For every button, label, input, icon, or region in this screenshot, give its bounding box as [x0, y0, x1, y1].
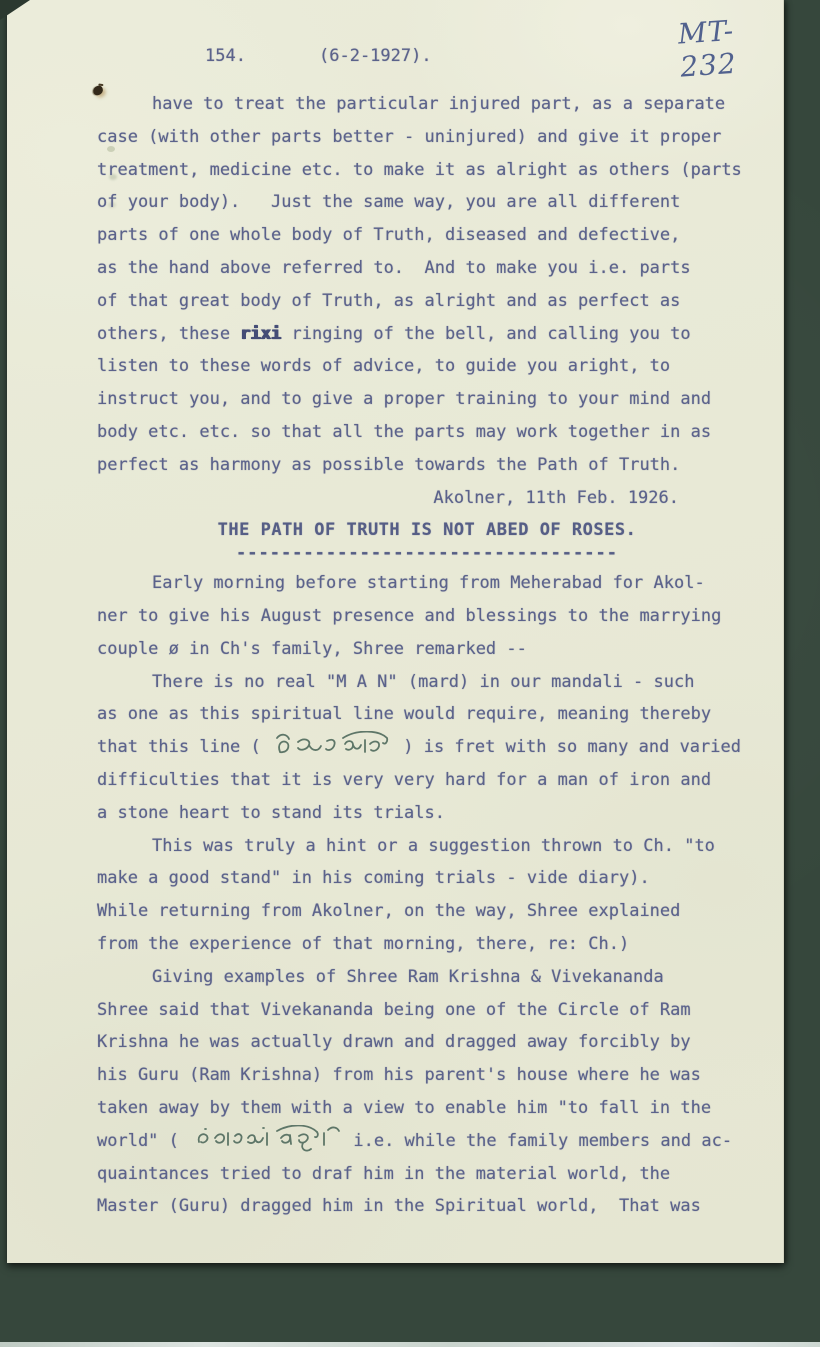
paragraph-2: Early morning before starting from Meher… — [97, 567, 757, 665]
dateline: Akolner, 11th Feb. 1926. — [97, 482, 757, 515]
paragraph-1: have to treat the particular injured par… — [97, 88, 757, 482]
strike-line-post: ringing of the bell, and calling you to — [281, 324, 690, 344]
typewritten-line: make a good stand" in his coming trials … — [97, 862, 757, 895]
paragraph-3-lines-b: difficulties that it is very very hard f… — [97, 764, 757, 830]
gujarati-line-post: ) is fret with so many and varied — [393, 737, 741, 757]
paragraph-4: This was truly a hint or a suggestion th… — [97, 830, 757, 961]
strike-line-pre: others, these — [97, 324, 240, 344]
typewritten-line: Giving examples of Shree Ram Krishna & V… — [97, 961, 757, 994]
typewritten-line: ner to give his August presence and bles… — [97, 600, 757, 633]
typewritten-line: as one as this spiritual line would requ… — [97, 698, 757, 731]
overstruck-word: rixi — [240, 324, 281, 344]
paragraph-5: Giving examples of Shree Ram Krishna & V… — [97, 961, 757, 1223]
typewritten-line-with-strikeout: others, these rixi ringing of the bell, … — [97, 318, 757, 351]
typewritten-line: This was truly a hint or a suggestion th… — [97, 830, 757, 863]
typewritten-line: parts of one whole body of Truth, diseas… — [97, 219, 757, 252]
typewritten-line: a stone heart to stand its trials. — [97, 797, 757, 830]
gujarati-handwriting-sansarma-padyo — [191, 1125, 341, 1155]
typewritten-line: his Guru (Ram Krishna) from his parent's… — [97, 1059, 757, 1092]
paragraph-3-lines-a: There is no real "M A N" (mard) in our m… — [97, 666, 757, 732]
gujarati-line-post: i.e. while the family members and ac- — [343, 1131, 732, 1151]
typewritten-line-with-gujarati: world" ( i.e. while the family members a… — [97, 1125, 757, 1158]
typewritten-line: body etc. etc. so that all the parts may… — [97, 416, 757, 449]
date-heading: (6-2-1927). — [319, 46, 432, 66]
typewritten-line: of your body). Just the same way, you ar… — [97, 186, 757, 219]
typewritten-line-with-gujarati: that this line ( ) is fret with so many … — [97, 731, 757, 764]
gujarati-line-pre: that this line ( — [97, 737, 271, 757]
typewritten-line: taken away by them with a view to enable… — [97, 1092, 757, 1125]
scanned-page: MT-232 154. (6-2-1927). have to treat th… — [7, 0, 784, 1263]
paragraph-1-lines-b: listen to these words of advice, to guid… — [97, 350, 757, 481]
typewritten-line: There is no real "M A N" (mard) in our m… — [97, 666, 757, 699]
page-number: 154. — [205, 46, 246, 66]
typewritten-line: listen to these words of advice, to guid… — [97, 350, 757, 383]
typewritten-line: Shree said that Vivekananda being one of… — [97, 994, 757, 1027]
typewritten-line: perfect as harmony as possible towards t… — [97, 449, 757, 482]
typewritten-body: have to treat the particular injured par… — [97, 88, 757, 1223]
gujarati-handwriting-ishwar-marg — [273, 731, 391, 761]
typewritten-line: instruct you, and to give a proper train… — [97, 383, 757, 416]
typewritten-line: Krishna he was actually drawn and dragge… — [97, 1026, 757, 1059]
typewritten-line: quaintances tried to draf him in the mat… — [97, 1158, 757, 1191]
gujarati-line-pre: world" ( — [97, 1131, 189, 1151]
section-title-underline: ---------------------------------- — [97, 547, 757, 567]
scan-bottom-edge — [0, 1342, 820, 1347]
typewritten-line: Master (Guru) dragged him in the Spiritu… — [97, 1190, 757, 1223]
typewritten-line: of that great body of Truth, as alright … — [97, 285, 757, 318]
typewritten-line: case (with other parts better - uninjure… — [97, 121, 757, 154]
typewritten-line: as the hand above referred to. And to ma… — [97, 252, 757, 285]
typewritten-line: couple ø in Ch's family, Shree remarked … — [97, 633, 757, 666]
typewritten-line: difficulties that it is very very hard f… — [97, 764, 757, 797]
paragraph-5-lines-b: quaintances tried to draf him in the mat… — [97, 1158, 757, 1224]
typewritten-line: treatment, medicine etc. to make it as a… — [97, 154, 757, 187]
typewritten-line: While returning from Akolner, on the way… — [97, 895, 757, 928]
typewritten-line: from the experience of that morning, the… — [97, 928, 757, 961]
typewritten-line: have to treat the particular injured par… — [97, 88, 757, 121]
typewritten-line: Early morning before starting from Meher… — [97, 567, 757, 600]
paragraph-3: There is no real "M A N" (mard) in our m… — [97, 666, 757, 830]
paragraph-5-lines-a: Giving examples of Shree Ram Krishna & V… — [97, 961, 757, 1125]
handwritten-catalog-number: MT-232 — [677, 10, 785, 83]
scanned-document-screenshot: { "colors": { "paper": "#e9e9d7", "backd… — [0, 0, 820, 1347]
paragraph-1-lines-a: have to treat the particular injured par… — [97, 88, 757, 318]
